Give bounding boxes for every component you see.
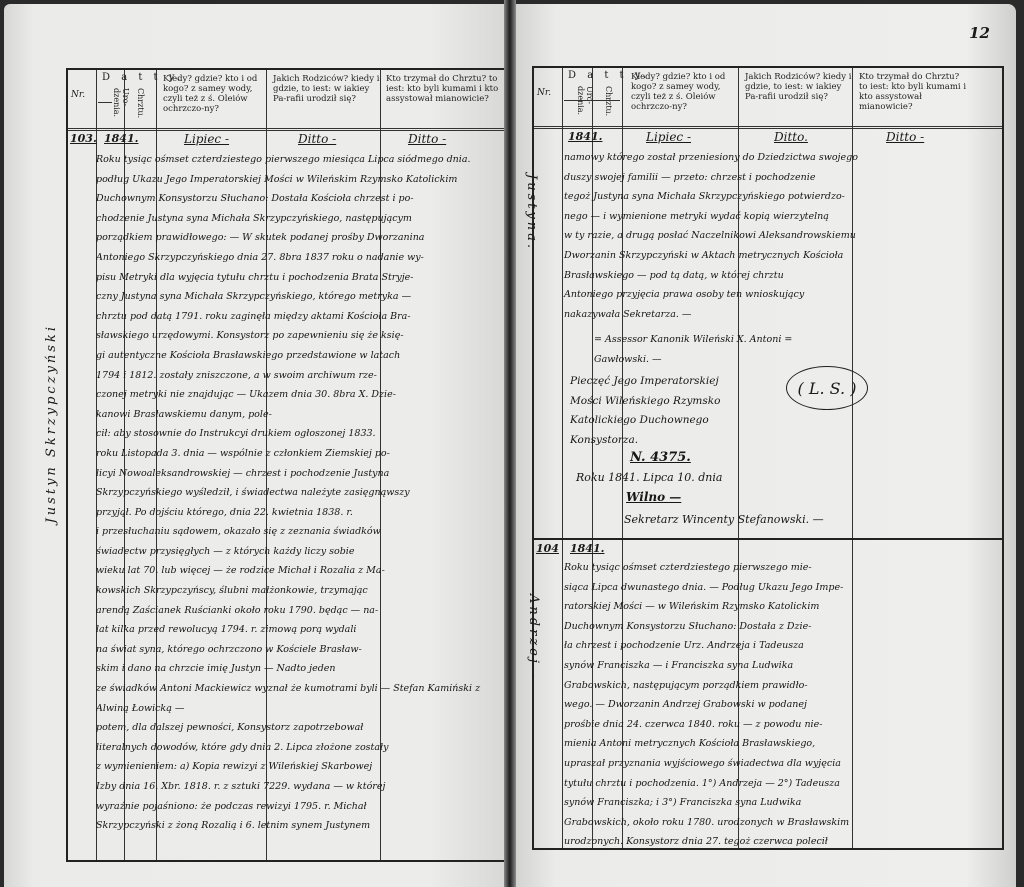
continuation-text: namowy którego został przeniesiony do Dz… bbox=[564, 148, 996, 324]
entry-year: 1841. bbox=[570, 542, 604, 555]
seal-ls: ( L. S. ) bbox=[786, 366, 868, 410]
place: Wilno — bbox=[626, 488, 681, 508]
header-godparents: Kto trzymał do Chrztu? to iest: kto byli… bbox=[856, 70, 972, 114]
continuation-year: 1841. bbox=[568, 130, 602, 143]
secretary-signature: Sekretarz Wincenty Stefanowski. — bbox=[624, 510, 824, 530]
nr-label: Nr. bbox=[71, 90, 85, 100]
book-gutter bbox=[504, 0, 516, 887]
right-page: 12 Nr. D a t t y. Uro-dzenia. Chrztu. Ki… bbox=[516, 4, 1016, 887]
register-table-left: Nr. D a t t y. Uro-dzenia. Chrztu. Kiedy… bbox=[66, 68, 506, 862]
entry-year: 1841. bbox=[104, 132, 138, 145]
assessor-signature: = Assessor Kanonik Wileński X. Antoni = … bbox=[594, 330, 994, 369]
margin-name: Andrzej - bbox=[526, 594, 541, 680]
ditto-parents: Ditto. bbox=[774, 130, 808, 144]
chrztu-label: Chrztu. bbox=[136, 88, 145, 118]
page-number: 12 bbox=[969, 24, 990, 42]
register-table-right: Nr. D a t t y. Uro-dzenia. Chrztu. Kiedy… bbox=[532, 66, 1004, 850]
date-line: Roku 1841. Lipca 10. dnia bbox=[576, 468, 722, 488]
header-godparents: Kto trzymał do Chrztu? to iest: kto byli… bbox=[383, 72, 503, 106]
header-when: Kiedy? gdzie? kto i od kogo? z samey wod… bbox=[160, 72, 271, 116]
table-header: Nr. D a t t y. Uro-dzenia. Chrztu. Kiedy… bbox=[534, 68, 1002, 129]
urodzenia-label: Uro-dzenia. bbox=[112, 88, 130, 128]
entry-text: Roku tysiąc ośmset czterdziestego pierws… bbox=[96, 150, 500, 840]
entry-text: Roku tysiąc ośmset czterdziestego pierws… bbox=[564, 558, 996, 848]
entry-number: 104 bbox=[536, 542, 559, 555]
entry-month: Lipiec - bbox=[184, 132, 229, 146]
ditto-godparents: Ditto - bbox=[886, 130, 924, 144]
continuation-month: Lipiec - bbox=[646, 130, 691, 144]
header-when: Kiedy? gdzie? kto i od kogo? z samey wod… bbox=[628, 70, 742, 114]
chancery-block: Pieczęć Jego Imperatorskiej Mości Wileńs… bbox=[570, 372, 800, 450]
document-number: N. 4375. bbox=[630, 448, 691, 468]
nr-label: Nr. bbox=[537, 88, 551, 98]
margin-name-continuation: Justyna. bbox=[524, 174, 539, 251]
ditto-godparents: Ditto - bbox=[408, 132, 446, 146]
chrztu-label: Chrztu. bbox=[604, 86, 613, 116]
margin-name: Justyn Skrzypczyński bbox=[44, 324, 59, 523]
left-page: Nr. D a t t y. Uro-dzenia. Chrztu. Kiedy… bbox=[4, 4, 504, 887]
header-parents: Jakich Rodziców? kiedy i gdzie, to iest:… bbox=[270, 72, 384, 106]
entry-number: 103. bbox=[70, 132, 97, 145]
header-parents: Jakich Rodziców? kiedy i gdzie, to iest:… bbox=[742, 70, 856, 104]
table-header: Nr. D a t t y. Uro-dzenia. Chrztu. Kiedy… bbox=[68, 70, 504, 131]
ditto-parents: Ditto - bbox=[298, 132, 336, 146]
